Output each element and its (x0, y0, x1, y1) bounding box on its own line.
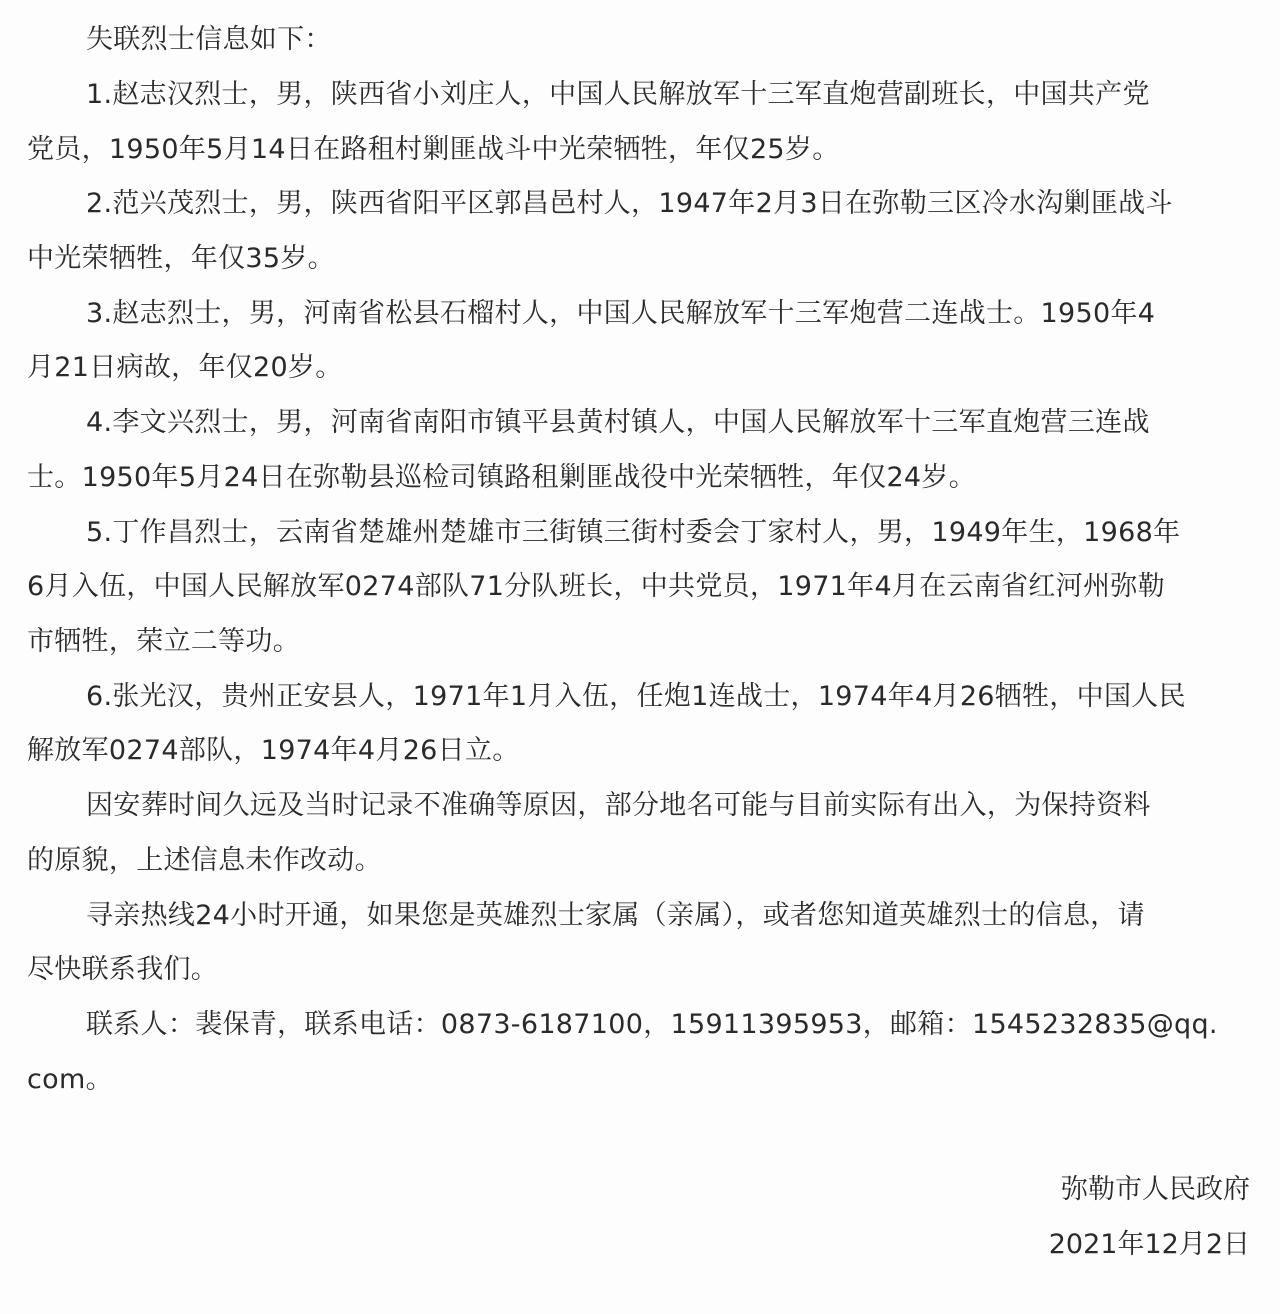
hotline-text: 尽快联系我们。 (27, 950, 218, 990)
note-text: 因安葬时间久远及当时记录不准确等原因，部分地名可能与目前实际有出入，为保持资料 (86, 786, 1151, 826)
entry-text: 1.赵志汉烈士，男，陕西省小刘庄人，中国人民解放军十三军直炮营副班长，中国共产党 (86, 75, 1150, 115)
contact-text: 联系人：裴保青，联系电话：0873-6187100，15911395953，邮箱… (86, 1005, 1218, 1045)
entry-text: 中光荣牺牲，年仅35岁。 (27, 239, 335, 279)
entry-text: 月21日病故，年仅20岁。 (27, 348, 343, 388)
document-heading: 失联烈士信息如下： (86, 20, 332, 60)
entry-text: 6.张光汉，贵州正安县人，1971年1月入伍，任炮1连战士，1974年4月26牺… (86, 677, 1186, 717)
signing-date: 2021年12月2日 (1049, 1225, 1250, 1265)
entry-text: 5.丁作昌烈士，云南省楚雄州楚雄市三街镇三街村委会丁家村人，男，1949年生，1… (86, 513, 1180, 553)
entry-text: 6月入伍，中国人民解放军0274部队71分队班长，中共党员，1971年4月在云南… (27, 567, 1165, 607)
entry-text: 党员，1950年5月14日在路租村剿匪战斗中光荣牺牲，年仅25岁。 (27, 130, 840, 170)
entry-text: 4.李文兴烈士，男，河南省南阳市镇平县黄村镇人，中国人民解放军十三军直炮营三连战 (86, 403, 1150, 443)
notice-document: 失联烈士信息如下： 1.赵志汉烈士，男，陕西省小刘庄人，中国人民解放军十三军直炮… (0, 0, 1280, 1314)
signing-organization: 弥勒市人民政府 (1061, 1170, 1250, 1210)
note-text: 的原貌，上述信息未作改动。 (27, 841, 382, 881)
entry-text: 解放军0274部队，1974年4月26日立。 (27, 731, 520, 771)
entry-text: 市牺牲，荣立二等功。 (27, 622, 300, 662)
hotline-text: 寻亲热线24小时开通，如果您是英雄烈士家属（亲属），或者您知道英雄烈士的信息，请 (86, 896, 1145, 936)
entry-text: 3.赵志烈士，男，河南省松县石榴村人，中国人民解放军十三军炮营二连战士。1950… (86, 294, 1155, 334)
entry-text: 2.范兴茂烈士，男，陕西省阳平区郭昌邑村人，1947年2月3日在弥勒三区冷水沟剿… (86, 184, 1173, 224)
entry-text: 士。1950年5月24日在弥勒县巡检司镇路租剿匪战役中光荣牺牲，年仅24岁。 (27, 458, 976, 498)
contact-text: com。 (27, 1060, 113, 1100)
